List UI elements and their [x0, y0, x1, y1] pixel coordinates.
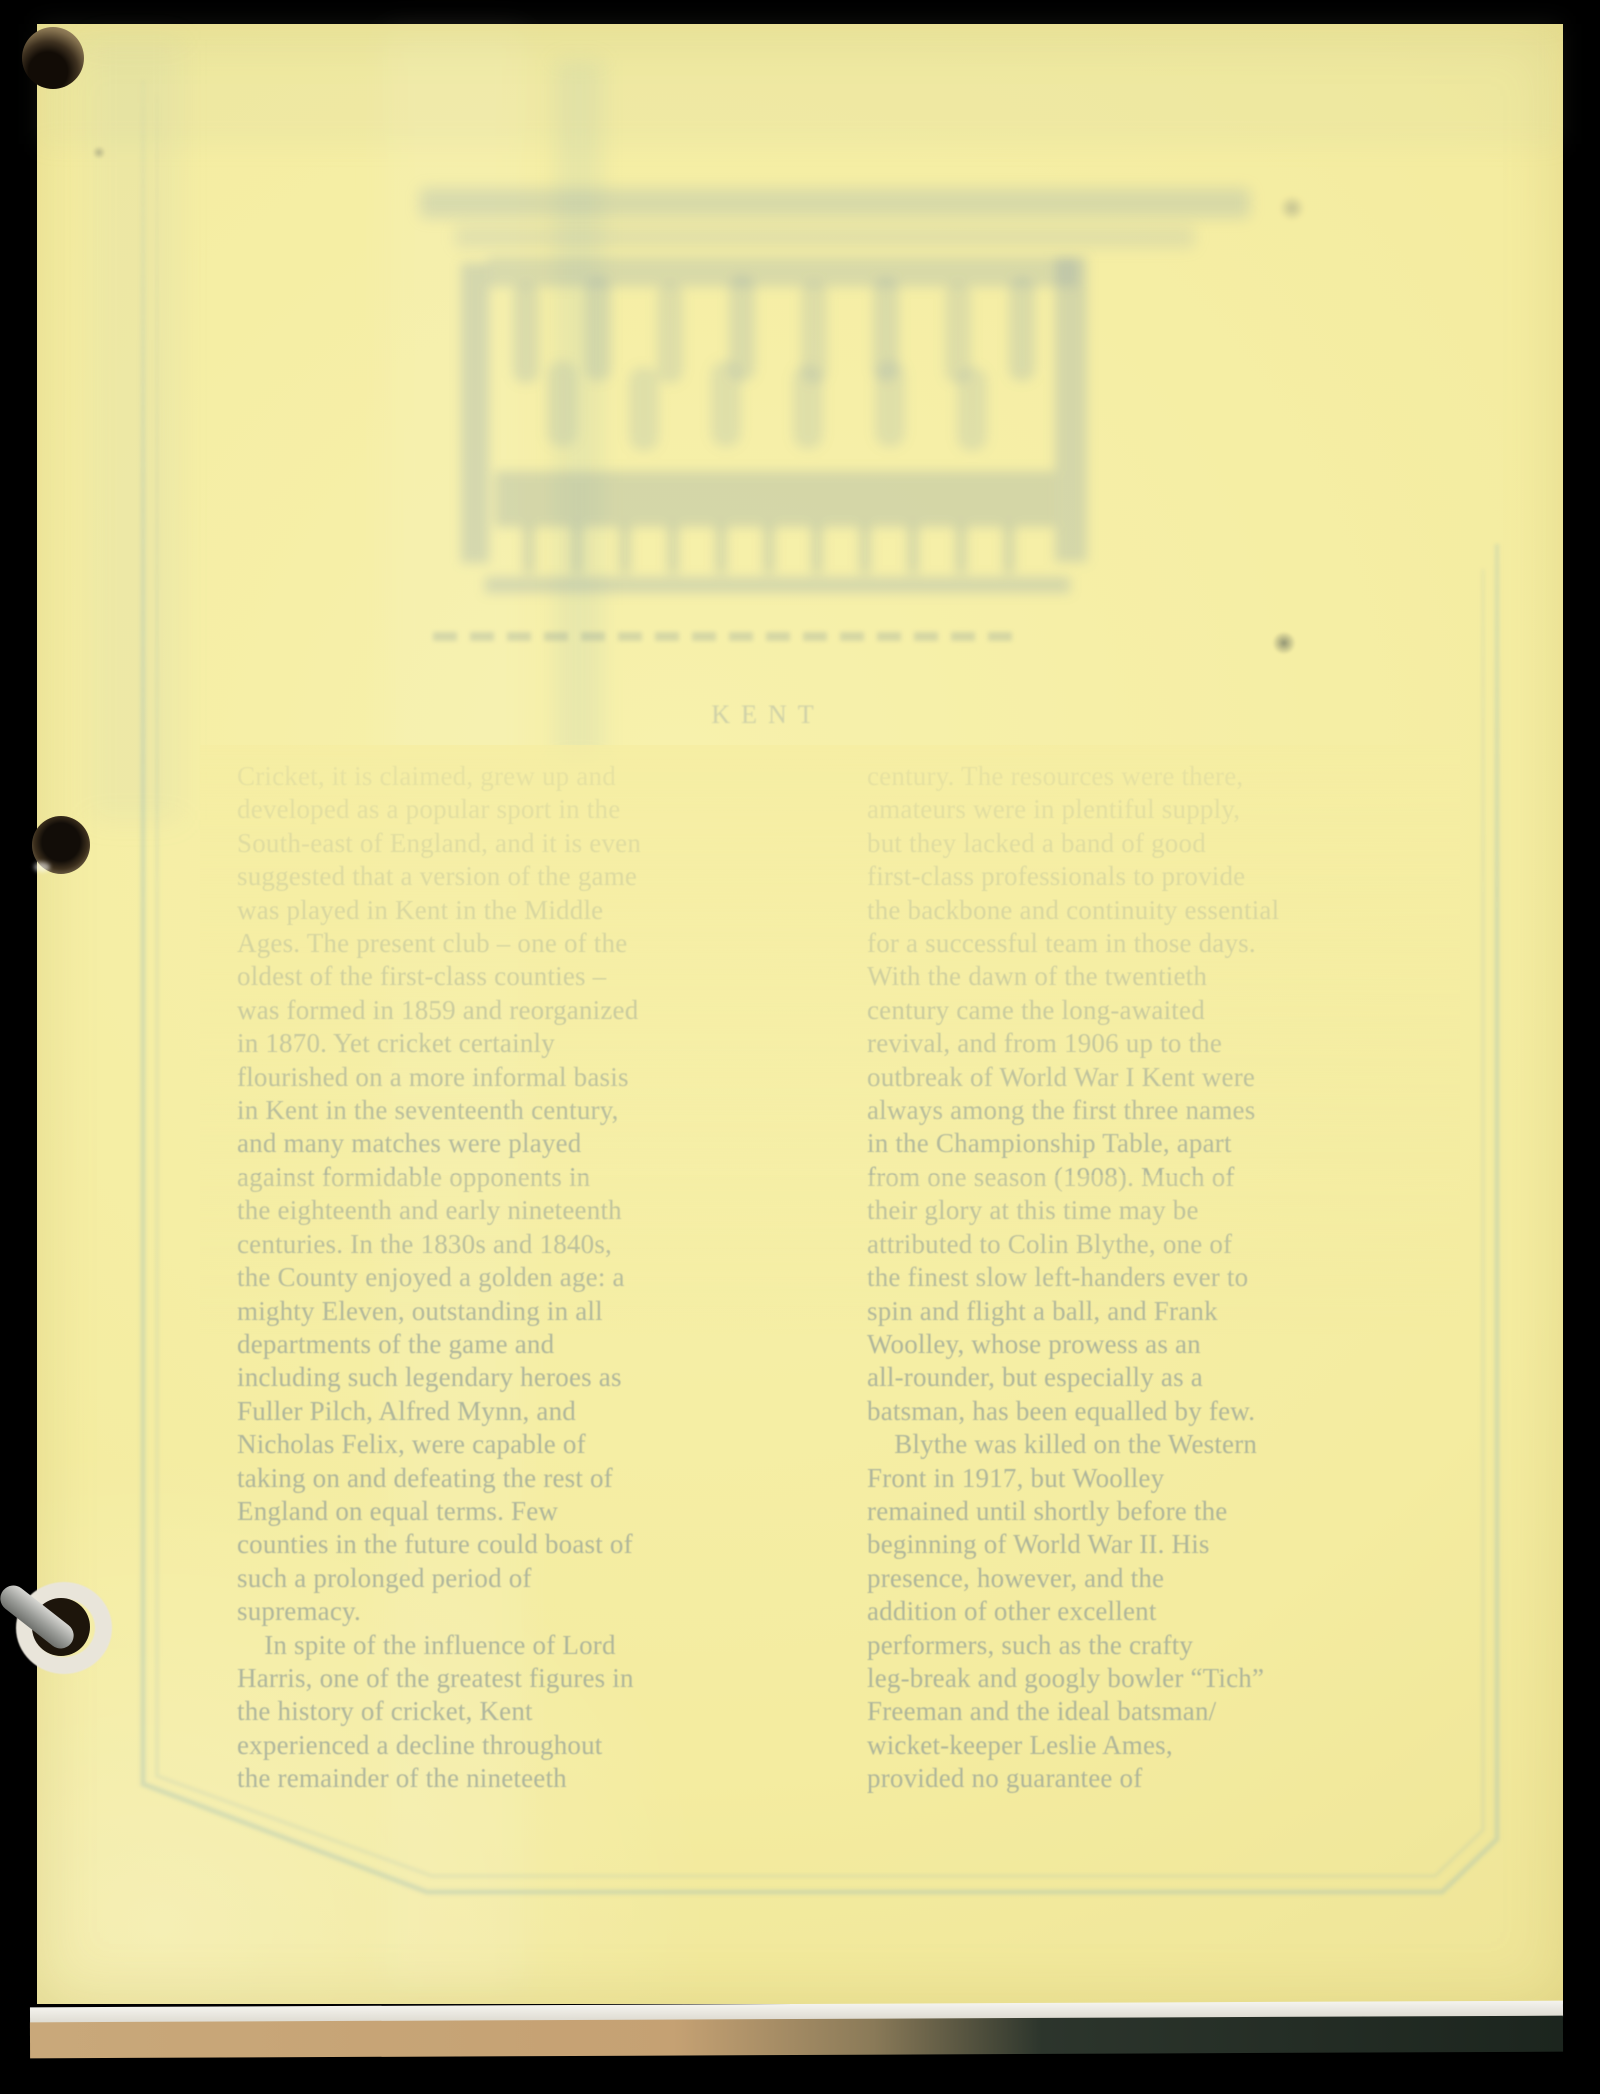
page-title: KENT	[648, 700, 888, 730]
smudge-spot	[92, 146, 106, 159]
smudge-spot	[1278, 196, 1306, 220]
text-column-right: century. The resources were there, amate…	[867, 760, 1442, 1796]
binder-hole-glint	[34, 862, 50, 872]
smudge-spot	[1272, 632, 1296, 654]
binder-hole-top	[22, 27, 84, 89]
book-pages-edge	[30, 2016, 1563, 2059]
photograph-of-album-page: { "page": { "heading": "KENT", "columns"…	[0, 0, 1600, 2094]
text-column-left: Cricket, it is claimed, grew up and deve…	[237, 760, 812, 1796]
